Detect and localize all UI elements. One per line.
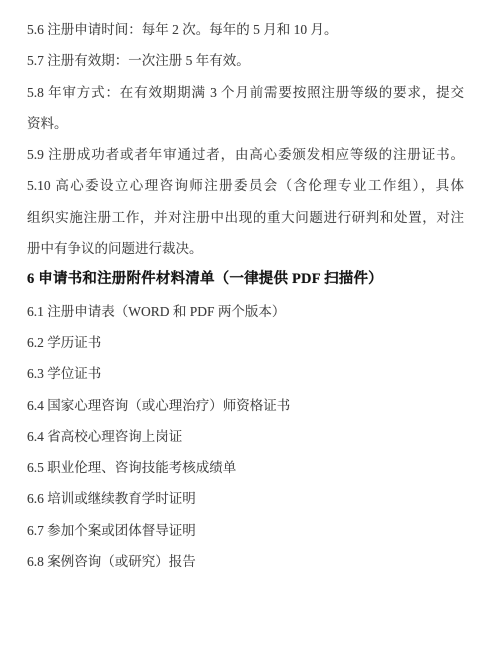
- document-line-6-4-national: 6.4 国家心理咨询（或心理治疗）师资格证书: [27, 390, 464, 421]
- document-line-6-2: 6.2 学历证书: [27, 327, 464, 358]
- document-line-5-8: 5.8 年审方式：在有效期期满 3 个月前需要按照注册等级的要求，提交: [27, 77, 464, 108]
- document-page: 5.6 注册申请时间：每年 2 次。每年的 5 月和 10 月。 5.7 注册有…: [0, 0, 490, 657]
- document-line-6-6: 6.6 培训或继续教育学时证明: [27, 483, 464, 514]
- document-line-6-7: 6.7 参加个案或团体督导证明: [27, 515, 464, 546]
- document-line-5-10-continuation-2: 册中有争议的问题进行裁决。: [27, 233, 464, 264]
- document-line-5-10: 5.10 高心委设立心理咨询师注册委员会（含伦理专业工作组），具体: [27, 170, 464, 201]
- document-line-6-1: 6.1 注册申请表（WORD 和 PDF 两个版本）: [27, 296, 464, 327]
- document-line-5-9: 5.9 注册成功者或者年审通过者，由高心委颁发相应等级的注册证书。: [27, 139, 464, 170]
- document-line-6-5: 6.5 职业伦理、咨询技能考核成绩单: [27, 452, 464, 483]
- document-line-6-3: 6.3 学位证书: [27, 358, 464, 389]
- document-line-6-4-provincial: 6.4 省高校心理咨询上岗证: [27, 421, 464, 452]
- section-heading-6: 6 申请书和注册附件材料清单（一律提供 PDF 扫描件）: [27, 264, 464, 295]
- document-line-5-8-continuation: 资料。: [27, 108, 464, 139]
- document-line-5-7: 5.7 注册有效期：一次注册 5 年有效。: [27, 45, 464, 76]
- document-line-5-6: 5.6 注册申请时间：每年 2 次。每年的 5 月和 10 月。: [27, 14, 464, 45]
- document-line-6-8: 6.8 案例咨询（或研究）报告: [27, 546, 464, 577]
- document-line-5-10-continuation-1: 组织实施注册工作，并对注册中出现的重大问题进行研判和处置，对注: [27, 202, 464, 233]
